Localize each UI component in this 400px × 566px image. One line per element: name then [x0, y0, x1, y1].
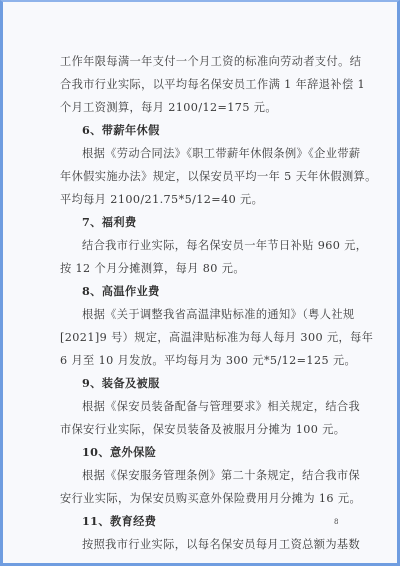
section-heading-8: 8、高温作业费 [60, 280, 342, 303]
body-line: 根据《保安员装备配备与管理要求》相关规定，结合我 [60, 395, 342, 418]
body-line: 6 月至 10 月发放。平均每月为 300 元*5/12=125 元。 [60, 349, 342, 372]
body-line: 安行业实际，为保安员购买意外保险费用月分摊为 16 元。 [60, 487, 342, 510]
document-page: 工作年限每满一年支付一个月工资的标准向劳动者支付。结 合我市行业实际，以平均每名… [60, 50, 342, 556]
section-heading-11: 11、教育经费 [60, 510, 342, 533]
section-heading-10: 10、意外保险 [60, 441, 342, 464]
body-line: 个月工资测算，每月 2100/12=175 元。 [60, 96, 342, 119]
section-heading-9: 9、装备及被服 [60, 372, 342, 395]
body-line: 年休假实施办法》规定，以保安员平均一年 5 天年休假测算。 [60, 165, 342, 188]
page-number: 8 [334, 518, 338, 526]
body-line: 按 12 个月分摊测算，每月 80 元。 [60, 257, 342, 280]
body-line: 市保安行业实际，保安员装备及被服月分摊为 100 元。 [60, 418, 342, 441]
body-line: 合我市行业实际，以平均每名保安员工作满 1 年辞退补偿 1 [60, 73, 342, 96]
body-line: 结合我市行业实际，每名保安员一年节日补贴 960 元， [60, 234, 342, 257]
section-heading-6: 6、带薪年休假 [60, 119, 342, 142]
body-line: 平均每月 2100/21.75*5/12=40 元。 [60, 188, 342, 211]
body-line: 根据《关于调整我省高温津贴标准的通知》（粤人社规 [60, 303, 342, 326]
body-line: 按照我市行业实际，以每名保安员每月工资总额为基数 [60, 533, 342, 556]
section-heading-7: 7、福利费 [60, 211, 342, 234]
body-line: [2021]9 号）规定，高温津贴标准为每人每月 300 元，每年 [60, 326, 342, 349]
body-line: 根据《保安服务管理条例》第二十条规定，结合我市保 [60, 464, 342, 487]
body-line: 根据《劳动合同法》《职工带薪年休假条例》《企业带薪 [60, 142, 342, 165]
body-line: 工作年限每满一年支付一个月工资的标准向劳动者支付。结 [60, 50, 342, 73]
